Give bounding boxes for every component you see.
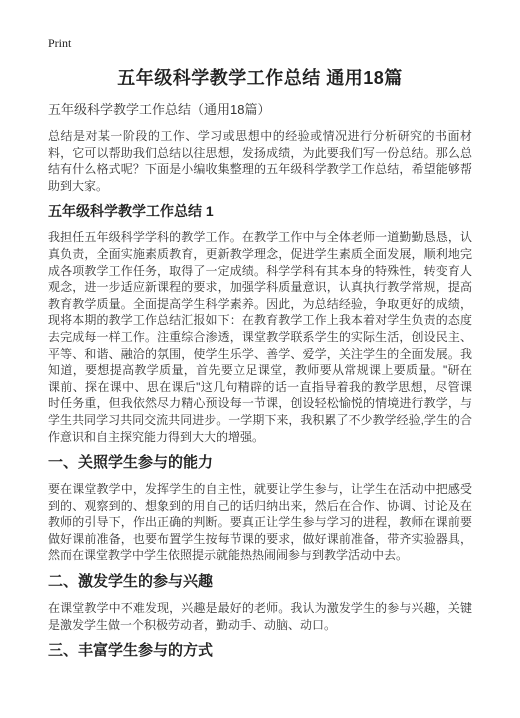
document-page: Print 五年级科学教学工作总结 通用18篇 五年级科学教学工作总结（通用18… bbox=[0, 0, 520, 718]
section-heading-point-3: 三、丰富学生参与的方式 bbox=[48, 641, 472, 660]
document-subtitle: 五年级科学教学工作总结（通用18篇） bbox=[48, 101, 472, 118]
print-link[interactable]: Print bbox=[48, 36, 472, 51]
intro-paragraph: 总结是对某一阶段的工作、学习或思想中的经验或情况进行分析研究的书面材料，它可以帮… bbox=[48, 128, 472, 194]
document-title: 五年级科学教学工作总结 通用18篇 bbox=[48, 66, 472, 90]
section-body-summary-1: 我担任五年级科学学科的教学工作。在教学工作中与全体老师一道勤勤恳恳，认真负责，全… bbox=[48, 229, 472, 445]
section-body-point-1: 要在课堂教学中，发挥学生的自主性，就要让学生参与，让学生在活动中把感受到的、观察… bbox=[48, 481, 472, 564]
section-heading-point-1: 一、关照学生参与的能力 bbox=[48, 453, 472, 472]
section-heading-point-2: 二、激发学生的参与兴趣 bbox=[48, 572, 472, 591]
section-body-point-2: 在课堂教学中不难发现，兴趣是最好的老师。我认为激发学生的参与兴趣，关键是激发学生… bbox=[48, 600, 472, 633]
section-heading-summary-1: 五年级科学教学工作总结 1 bbox=[48, 202, 472, 220]
